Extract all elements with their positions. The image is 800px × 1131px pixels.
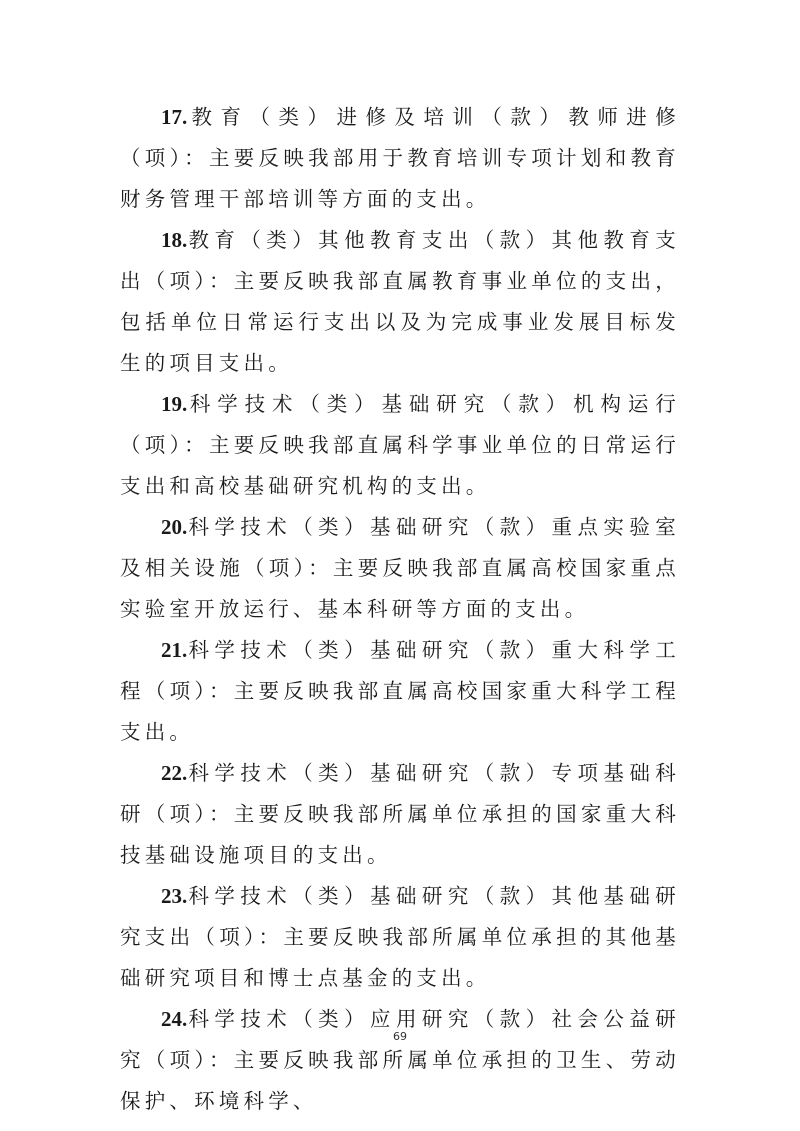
item-text: 科学技术（类）基础研究（款）重大科学工程（项）：主要反映我部直属高校国家重大科学…: [120, 638, 680, 744]
item-20: 20.科学技术（类）基础研究（款）重点实验室及相关设施（项）：主要反映我部直属高…: [120, 507, 680, 630]
item-24: 24.科学技术（类）应用研究（款）社会公益研究（项）：主要反映我部所属单位承担的…: [120, 999, 680, 1122]
item-number: 24.: [161, 1007, 187, 1031]
item-21: 21.科学技术（类）基础研究（款）重大科学工程（项）：主要反映我部直属高校国家重…: [120, 630, 680, 753]
item-text: 教育（类）进修及培训（款）教师进修（项）：主要反映我部用于教育培训专项计划和教育…: [120, 105, 680, 211]
item-18: 18.教育（类）其他教育支出（款）其他教育支出（项）：主要反映我部直属教育事业单…: [120, 220, 680, 384]
item-text: 科学技术（类）基础研究（款）机构运行（项）：主要反映我部直属科学事业单位的日常运…: [120, 392, 680, 498]
item-text: 科学技术（类）应用研究（款）社会公益研究（项）：主要反映我部所属单位承担的卫生、…: [120, 1007, 680, 1113]
item-23: 23.科学技术（类）基础研究（款）其他基础研究支出（项）：主要反映我部所属单位承…: [120, 876, 680, 999]
item-text: 科学技术（类）基础研究（款）专项基础科研（项）：主要反映我部所属单位承担的国家重…: [120, 761, 680, 867]
item-number: 21.: [161, 638, 187, 662]
item-number: 22.: [161, 761, 187, 785]
item-number: 17.: [161, 105, 187, 129]
item-text: 科学技术（类）基础研究（款）其他基础研究支出（项）：主要反映我部所属单位承担的其…: [120, 884, 680, 990]
item-17: 17.教育（类）进修及培训（款）教师进修（项）：主要反映我部用于教育培训专项计划…: [120, 97, 680, 220]
item-22: 22.科学技术（类）基础研究（款）专项基础科研（项）：主要反映我部所属单位承担的…: [120, 753, 680, 876]
item-text: 教育（类）其他教育支出（款）其他教育支出（项）：主要反映我部直属教育事业单位的支…: [120, 228, 680, 375]
document-body: 17.教育（类）进修及培训（款）教师进修（项）：主要反映我部用于教育培训专项计划…: [120, 97, 680, 1122]
item-19: 19.科学技术（类）基础研究（款）机构运行（项）：主要反映我部直属科学事业单位的…: [120, 384, 680, 507]
item-text: 科学技术（类）基础研究（款）重点实验室及相关设施（项）：主要反映我部直属高校国家…: [120, 515, 680, 621]
item-number: 19.: [161, 392, 187, 416]
item-number: 20.: [161, 515, 187, 539]
item-number: 18.: [161, 228, 187, 252]
page-number: 69: [0, 1030, 800, 1043]
item-number: 23.: [161, 884, 187, 908]
